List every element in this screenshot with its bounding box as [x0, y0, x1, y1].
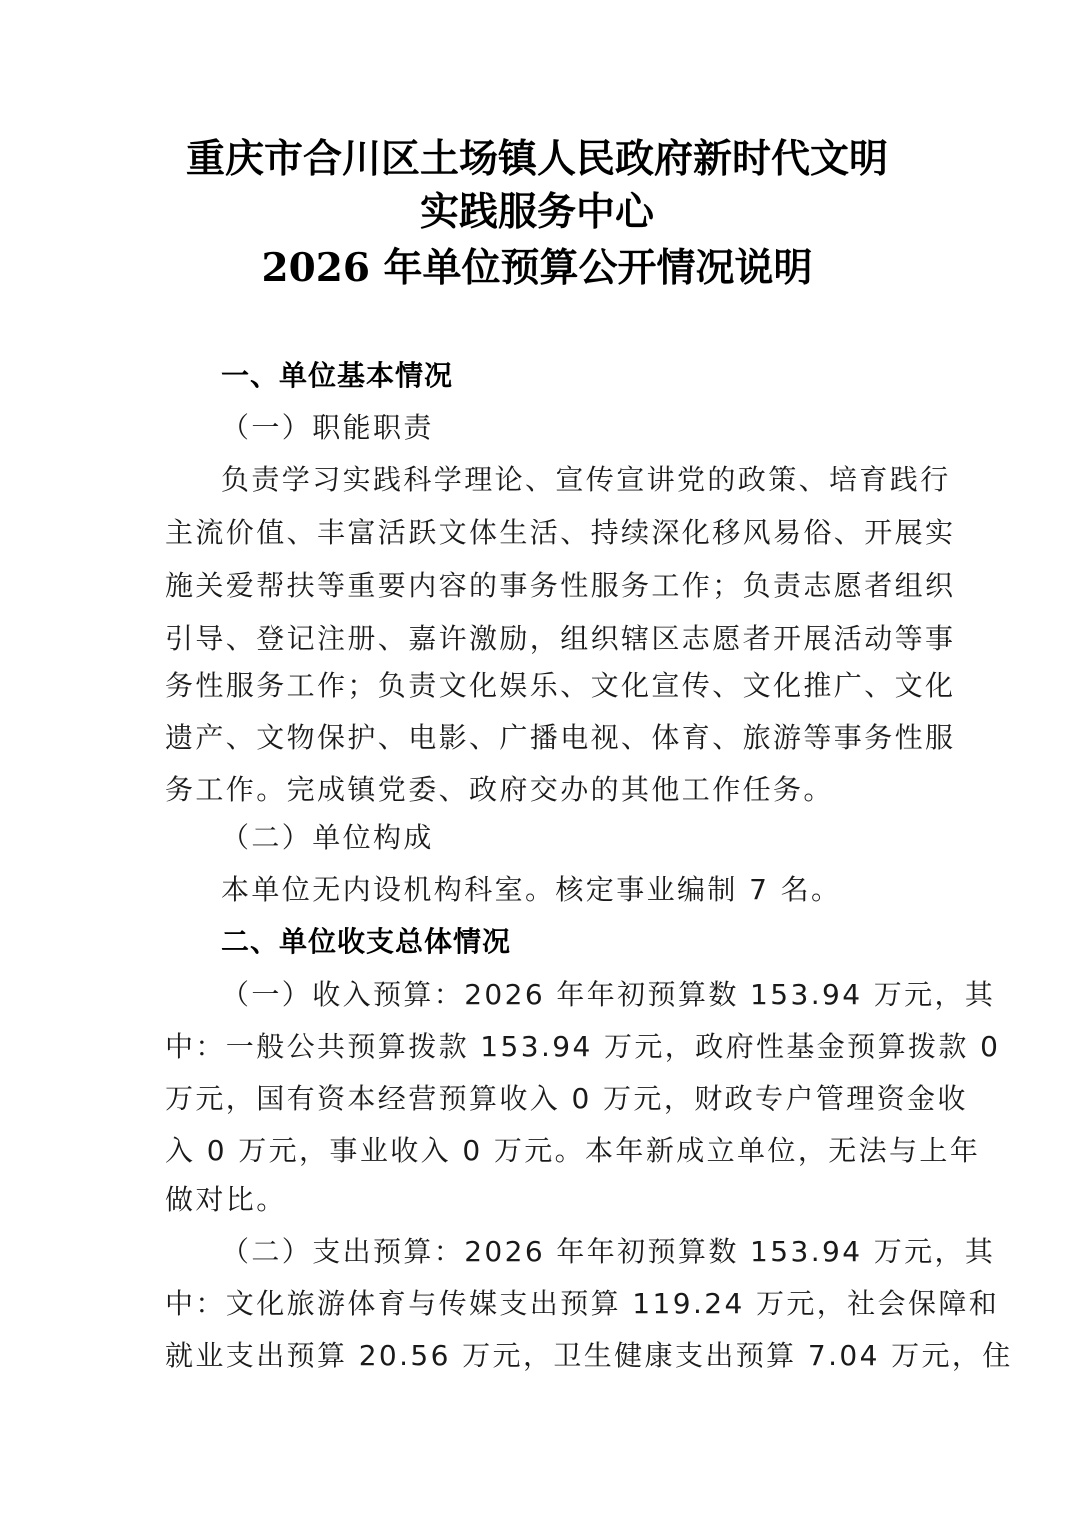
paragraph-line: 就业支出预算 20.56 万元，卫生健康支出预算 7.04 万元，住	[165, 1336, 913, 1376]
paragraph-line: 务工作。完成镇党委、政府交办的其他工作任务。	[165, 770, 913, 810]
paragraph-line: 负责学习实践科学理论、宣传宣讲党的政策、培育践行	[221, 460, 913, 500]
paragraph-line: 做对比。	[165, 1180, 913, 1220]
document-title-line-1: 重庆市合川区土场镇人民政府新时代文明	[0, 134, 1074, 184]
subsection-heading-functions: （一）职能职责	[221, 408, 434, 448]
paragraph-line: 中：一般公共预算拨款 153.94 万元，政府性基金预算拨款 0	[165, 1027, 913, 1067]
document-title-line-3: 2026 年单位预算公开情况说明	[0, 243, 1074, 293]
document-title-line-2: 实践服务中心	[0, 187, 1074, 237]
paragraph-line: 本单位无内设机构科室。核定事业编制 7 名。	[221, 870, 913, 910]
paragraph-line: 万元，国有资本经营预算收入 0 万元，财政专户管理资金收	[165, 1079, 913, 1119]
paragraph-line: （一）收入预算：2026 年年初预算数 153.94 万元，其	[221, 975, 913, 1015]
section-heading-basic-info: 一、单位基本情况	[221, 356, 453, 396]
paragraph-line: 遗产、文物保护、电影、广播电视、体育、旅游等事务性服	[165, 718, 913, 758]
paragraph-line: （二）支出预算：2026 年年初预算数 153.94 万元，其	[221, 1232, 913, 1272]
paragraph-line: 主流价值、丰富活跃文体生活、持续深化移风易俗、开展实	[165, 513, 913, 553]
paragraph-line: 务性服务工作；负责文化娱乐、文化宣传、文化推广、文化	[165, 666, 913, 706]
paragraph-line: 施关爱帮扶等重要内容的事务性服务工作；负责志愿者组织	[165, 566, 913, 606]
document-page: 重庆市合川区土场镇人民政府新时代文明 实践服务中心 2026 年单位预算公开情况…	[0, 0, 1074, 1520]
paragraph-line: 中：文化旅游体育与传媒支出预算 119.24 万元，社会保障和	[165, 1284, 913, 1324]
paragraph-line: 引导、登记注册、嘉许激励，组织辖区志愿者开展活动等事	[165, 619, 913, 659]
paragraph-line: 入 0 万元，事业收入 0 万元。本年新成立单位，无法与上年	[165, 1131, 913, 1171]
section-heading-income-expense: 二、单位收支总体情况	[221, 922, 511, 962]
subsection-heading-composition: （二）单位构成	[221, 818, 434, 858]
